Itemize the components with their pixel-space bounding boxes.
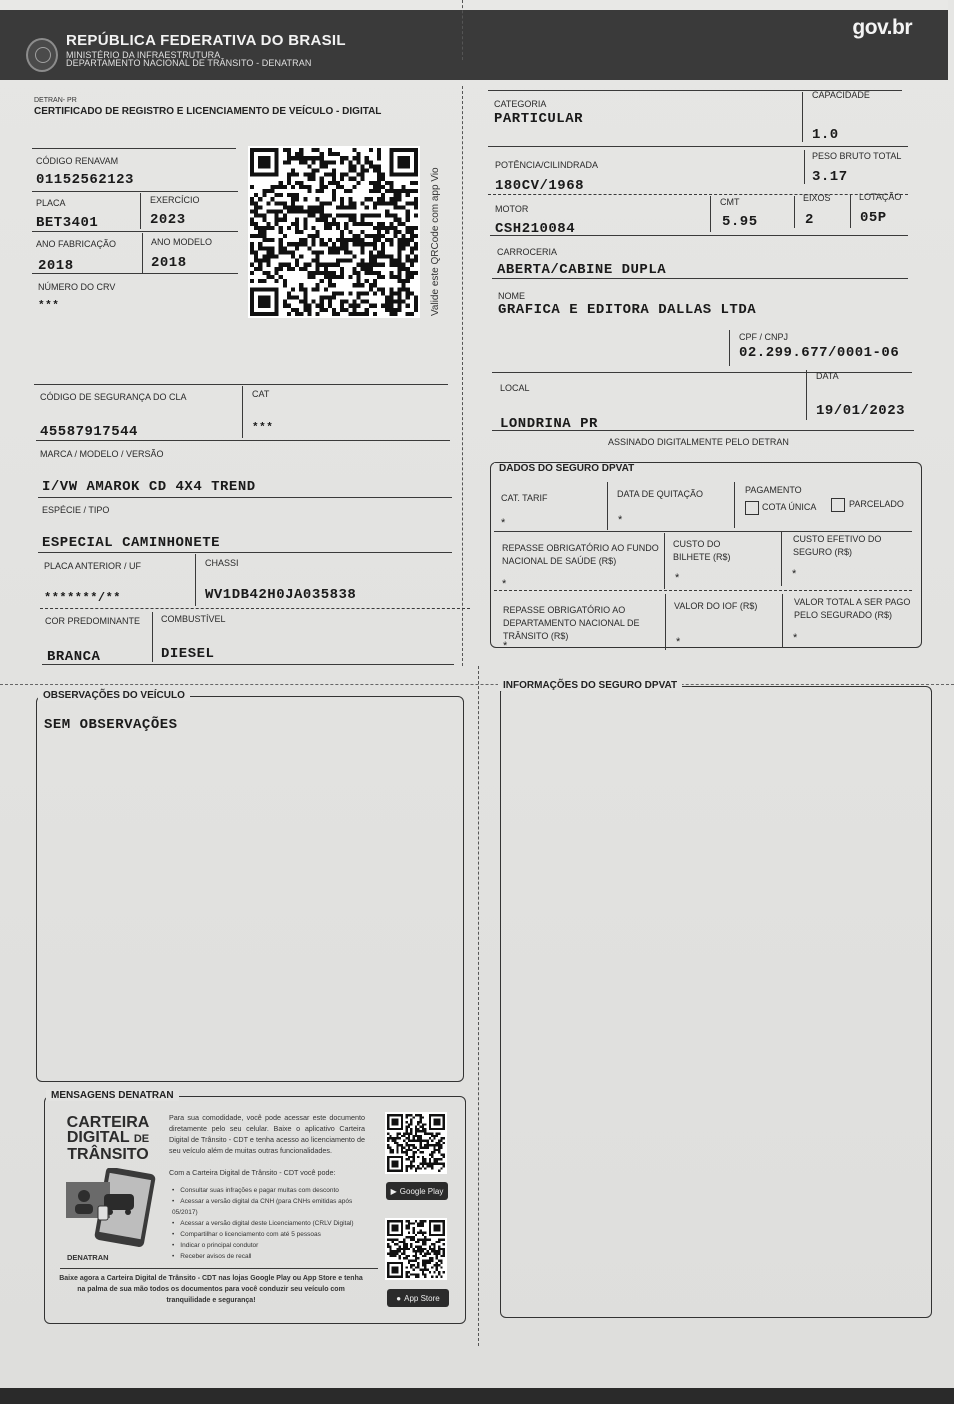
divider xyxy=(492,278,908,279)
cmt-label: CMT xyxy=(720,197,740,207)
combustivel-label: COMBUSTÍVEL xyxy=(161,614,226,624)
digital-signature-note: ASSINADO DIGITALMENTE PELO DETRAN xyxy=(608,437,789,447)
valor-iof-label: VALOR DO IOF (R$) xyxy=(674,601,757,611)
crv-value: *** xyxy=(38,300,59,312)
divider xyxy=(665,594,666,650)
divider xyxy=(664,533,665,589)
fold-line-horizontal xyxy=(0,684,954,685)
exercicio-value: 2023 xyxy=(150,212,186,228)
eixos-label: EIXOS xyxy=(803,193,831,203)
divider xyxy=(794,196,795,228)
divider xyxy=(38,552,452,553)
app-store-badge[interactable]: ● App Store xyxy=(387,1289,449,1307)
divider xyxy=(781,532,782,586)
divider xyxy=(490,235,908,236)
google-play-badge[interactable]: ▶ Google Play xyxy=(386,1182,448,1200)
cdt-brand-de: DE xyxy=(134,1133,149,1145)
combustivel-value: DIESEL xyxy=(161,646,214,662)
google-play-qr-code[interactable] xyxy=(385,1112,447,1174)
divider xyxy=(729,330,730,366)
cat-value: *** xyxy=(252,422,273,434)
placa-value: BET3401 xyxy=(36,215,98,231)
pagamento-label: PAGAMENTO xyxy=(745,485,802,495)
capacidade-value: 1.0 xyxy=(812,127,839,143)
capacidade-label: CAPACIDADE xyxy=(812,90,870,100)
divider xyxy=(782,594,783,648)
info-dpvat-title: INFORMAÇÕES DO SEGURO DPVAT xyxy=(498,680,682,691)
nome-value: GRAFICA E EDITORA DALLAS LTDA xyxy=(498,302,756,318)
valor-total-value: * xyxy=(793,632,797,644)
especie-tipo-label: ESPÉCIE / TIPO xyxy=(42,505,109,515)
validation-qr-code[interactable] xyxy=(248,146,420,318)
divider xyxy=(142,233,143,273)
cat-tarif-label: CAT. TARIF xyxy=(501,493,548,503)
cpf-cnpj-label: CPF / CNPJ xyxy=(739,332,788,342)
cpf-cnpj-value: 02.299.677/0001-06 xyxy=(739,345,899,361)
marca-modelo-value: I/VW AMAROK CD 4X4 TREND xyxy=(42,479,256,495)
divider xyxy=(242,386,243,438)
cor-label: COR PREDOMINANTE xyxy=(45,616,140,626)
data-label: DATA xyxy=(816,371,839,381)
carroceria-label: CARROCERIA xyxy=(497,247,557,257)
info-dpvat-box xyxy=(500,686,932,1318)
repasse-fns-value: * xyxy=(502,578,506,590)
placa-anterior-value: *******/** xyxy=(44,591,121,605)
divider xyxy=(152,612,153,662)
divider xyxy=(710,196,711,232)
divider xyxy=(804,150,805,184)
divider xyxy=(195,554,196,606)
cdt-brand-line2: DIGITAL DE xyxy=(60,1130,156,1147)
document-title: CERTIFICADO DE REGISTRO E LICENCIAMENTO … xyxy=(34,106,381,117)
cdt-intro-text: Para sua comodidade, você pode acessar e… xyxy=(169,1112,365,1156)
divider xyxy=(850,194,851,228)
observacoes-text: SEM OBSERVAÇÕES xyxy=(44,717,178,733)
observacoes-title: OBSERVAÇÕES DO VEÍCULO xyxy=(38,690,190,701)
background-surface xyxy=(0,1388,954,1404)
lotacao-value: 05P xyxy=(860,210,887,226)
exercicio-label: EXERCÍCIO xyxy=(150,195,200,205)
categoria-value: PARTICULAR xyxy=(494,111,583,127)
app-store-label: App Store xyxy=(404,1294,440,1303)
govbr-logo: gov.br xyxy=(852,16,912,40)
google-play-label: Google Play xyxy=(400,1187,444,1196)
especie-tipo-value: ESPECIAL CAMINHONETE xyxy=(42,535,220,551)
divider xyxy=(60,1268,378,1269)
custo-bilhete-label: CUSTO DO BILHETE (R$) xyxy=(673,538,753,564)
cmt-value: 5.95 xyxy=(722,214,758,230)
cdt-intro2-text: Com a Carteira Digital de Trânsito - CDT… xyxy=(169,1167,369,1178)
denatran-footer-logo: DENATRAN xyxy=(67,1253,109,1262)
lotacao-label: LOTAÇÃO xyxy=(859,192,901,202)
header-top-margin xyxy=(0,0,948,10)
parcelado-label: PARCELADO xyxy=(849,499,904,509)
cat-tarif-value: * xyxy=(501,517,505,529)
nome-label: NOME xyxy=(498,291,525,301)
issuer-label: DETRAN- PR xyxy=(34,97,77,104)
header-title: REPÚBLICA FEDERATIVA DO BRASIL xyxy=(66,32,346,49)
custo-efetivo-value: * xyxy=(792,568,796,580)
marca-modelo-label: MARCA / MODELO / VERSÃO xyxy=(40,449,164,459)
divider xyxy=(492,372,912,373)
local-label: LOCAL xyxy=(500,383,530,393)
mensagens-title: MENSAGENS DENATRAN xyxy=(46,1090,179,1101)
cdt-feature-item: Acessar a versão digital deste Licenciam… xyxy=(172,1218,372,1229)
divider xyxy=(802,92,803,142)
cdt-feature-item: Acessar a versão digital da CNH (para CN… xyxy=(172,1196,372,1218)
categoria-label: CATEGORIA xyxy=(494,99,546,109)
potencia-value: 180CV/1968 xyxy=(495,178,584,194)
cdt-brand-digital: DIGITAL xyxy=(67,1129,130,1146)
cdt-feature-item: Receber avisos de recall xyxy=(172,1251,372,1262)
potencia-label: POTÊNCIA/CILINDRADA xyxy=(495,160,598,170)
header-bar: REPÚBLICA FEDERATIVA DO BRASIL MINISTÉRI… xyxy=(0,0,948,80)
peso-bruto-label: PESO BRUTO TOTAL xyxy=(812,151,901,161)
cdt-feature-item: Compartilhar o licenciamento com até 5 p… xyxy=(172,1229,372,1240)
carroceria-value: ABERTA/CABINE DUPLA xyxy=(497,262,666,278)
divider xyxy=(494,590,912,591)
apple-icon: ● xyxy=(396,1294,401,1303)
repasse-denatran-label: REPASSE OBRIGATÓRIO AO DEPARTAMENTO NACI… xyxy=(503,604,653,643)
valor-total-label: VALOR TOTAL A SER PAGO PELO SEGURADO (R$… xyxy=(794,596,914,622)
chassi-label: CHASSI xyxy=(205,558,239,568)
divider xyxy=(32,148,236,149)
divider xyxy=(36,440,450,441)
chassi-value: WV1DB42H0JA035838 xyxy=(205,587,356,603)
cota-unica-checkbox[interactable] xyxy=(745,501,759,515)
divider xyxy=(494,531,912,532)
divider xyxy=(40,608,470,609)
fold-line-vertical-lower xyxy=(478,666,479,1346)
ano-fabricacao-label: ANO FABRICAÇÃO xyxy=(36,239,116,249)
cat-label: CAT xyxy=(252,389,269,399)
divider xyxy=(32,231,238,232)
divider xyxy=(140,193,141,229)
cota-unica-label: COTA ÚNICA xyxy=(762,502,816,512)
divider xyxy=(806,370,807,420)
custo-efetivo-label: CUSTO EFETIVO DO SEGURO (R$) xyxy=(793,533,903,559)
renavam-label: CÓDIGO RENAVAM xyxy=(36,156,118,166)
observacoes-box xyxy=(36,696,464,1082)
cdt-download-footer: Baixe agora a Carteira Digital de Trânsi… xyxy=(56,1273,366,1306)
motor-label: MOTOR xyxy=(495,204,528,214)
dpvat-title: DADOS DO SEGURO DPVAT xyxy=(494,463,639,474)
parcelado-checkbox[interactable] xyxy=(831,498,845,512)
divider xyxy=(734,482,735,528)
cdt-feature-list: Consultar suas infrações e pagar multas … xyxy=(172,1185,372,1262)
divider xyxy=(42,664,454,665)
brasil-coat-of-arms-icon xyxy=(26,38,58,72)
cor-value: BRANCA xyxy=(47,649,100,665)
data-value: 19/01/2023 xyxy=(816,403,905,419)
divider xyxy=(488,194,908,195)
repasse-fns-label: REPASSE OBRIGATÓRIO AO FUNDO NACIONAL DE… xyxy=(502,542,662,568)
divider xyxy=(488,146,908,147)
custo-bilhete-value: * xyxy=(675,572,679,584)
fold-line-top xyxy=(462,0,463,60)
ano-fabricacao-value: 2018 xyxy=(38,258,74,274)
cdt-phone-illustration-icon xyxy=(64,1168,156,1250)
crv-label: NÚMERO DO CRV xyxy=(38,282,115,292)
divider xyxy=(607,482,608,530)
placa-anterior-label: PLACA ANTERIOR / UF xyxy=(44,561,141,571)
divider xyxy=(32,191,238,192)
fold-line-vertical-upper xyxy=(462,86,463,666)
cdt-feature-item: Indicar o principal condutor xyxy=(172,1240,372,1251)
cdt-brand: CARTEIRA DIGITAL DE TRÂNSITO xyxy=(60,1115,156,1162)
ano-modelo-value: 2018 xyxy=(151,255,187,271)
cdt-feature-item: Consultar suas infrações e pagar multas … xyxy=(172,1185,372,1196)
cla-value: 45587917544 xyxy=(40,424,138,440)
placa-label: PLACA xyxy=(36,198,66,208)
peso-bruto-value: 3.17 xyxy=(812,169,848,185)
renavam-value: 01152562123 xyxy=(36,172,134,188)
header-department: DEPARTAMENTO NACIONAL DE TRÂNSITO - DENA… xyxy=(66,58,311,68)
divider xyxy=(38,497,452,498)
cdt-brand-line3: TRÂNSITO xyxy=(60,1147,156,1162)
cla-label: CÓDIGO DE SEGURANÇA DO CLA xyxy=(40,392,187,402)
document-page: REPÚBLICA FEDERATIVA DO BRASIL MINISTÉRI… xyxy=(0,0,954,1392)
qr-caption: Valide este QRCode com app Vio xyxy=(430,167,441,316)
cdt-brand-line1: CARTEIRA xyxy=(60,1115,156,1130)
repasse-denatran-value: * xyxy=(503,640,507,652)
divider xyxy=(34,384,448,385)
divider xyxy=(492,430,914,431)
valor-iof-value: * xyxy=(676,636,680,648)
data-quitacao-value: * xyxy=(618,514,622,526)
ano-modelo-label: ANO MODELO xyxy=(151,237,212,247)
eixos-value: 2 xyxy=(805,212,814,228)
divider xyxy=(32,273,238,274)
google-play-icon: ▶ xyxy=(391,1187,397,1196)
data-quitacao-label: DATA DE QUITAÇÃO xyxy=(617,489,703,499)
app-store-qr-code[interactable] xyxy=(385,1218,447,1280)
